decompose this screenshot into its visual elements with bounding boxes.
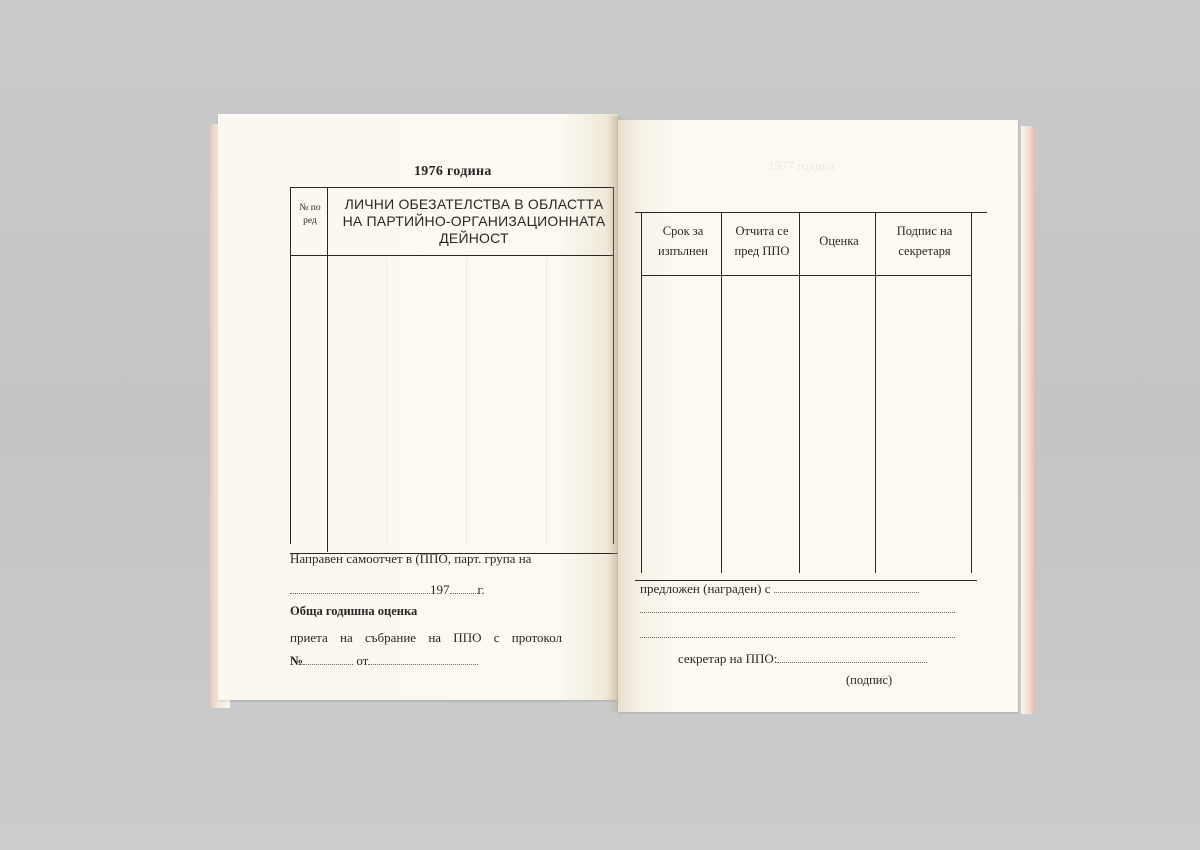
- left-page: 1976 година № по ред ЛИЧНИ ОБЕЗАТЕЛСТВА …: [218, 114, 618, 700]
- column-header-number: № по ред: [293, 202, 327, 228]
- right-page: 1977 година Срок за изпълнен Отчита се п…: [618, 120, 1018, 712]
- column-border: [721, 213, 722, 573]
- year-title: 1976 година: [414, 164, 492, 180]
- faint-rule: [546, 258, 547, 544]
- column-header-reported: Отчита се пред ППО: [723, 221, 801, 261]
- accepted-at-meeting-line: приета на събрание на ППО с протокол: [290, 630, 562, 646]
- protocol-number-blank: [303, 652, 353, 665]
- bleed-through-text: 1977 година: [768, 158, 835, 174]
- award-continuation-line: [640, 625, 955, 642]
- award-blank: [774, 580, 919, 593]
- year-line: 197г.: [290, 581, 485, 598]
- column-header-grade: Оценка: [801, 231, 877, 251]
- signature-caption: (подпис): [846, 673, 892, 688]
- open-booklet: 1976 година № по ред ЛИЧНИ ОБЕЗАТЕЛСТВА …: [210, 112, 1035, 720]
- column-divider: [327, 188, 328, 552]
- annual-grade-label: Обща годишна оценка: [290, 604, 417, 619]
- faint-rule: [386, 258, 387, 544]
- award-blank-3: [640, 625, 955, 638]
- protocol-date-blank: [368, 652, 478, 665]
- header-divider: [291, 255, 613, 256]
- award-continuation-line: [640, 600, 955, 617]
- date-blank: [290, 581, 430, 594]
- column-header-obligations: ЛИЧНИ ОБЕЗАТЕЛСТВА В ОБЛАСТТА НА ПАРТИЙН…: [329, 196, 619, 247]
- column-border: [799, 213, 800, 573]
- protocol-number-line: № от: [290, 652, 478, 669]
- execution-table: Срок за изпълнен Отчита се пред ППО Оцен…: [635, 212, 987, 573]
- faint-rule: [466, 258, 467, 544]
- obligations-table: № по ред ЛИЧНИ ОБЕЗАТЕЛСТВА В ОБЛАСТТА Н…: [290, 187, 614, 544]
- secretary-signature-blank: [777, 650, 927, 663]
- column-border: [971, 213, 972, 573]
- proposed-award-line: предложен (награден) с: [640, 580, 919, 597]
- award-blank-2: [640, 600, 955, 613]
- page-stack-right-edge: [1021, 126, 1035, 714]
- column-header-signature: Подпис на секретаря: [877, 221, 972, 261]
- header-divider: [641, 275, 971, 276]
- year-blank: [450, 581, 478, 594]
- self-report-line: Направен самоотчет в (ППО, парт. група н…: [290, 551, 531, 567]
- column-border: [875, 213, 876, 573]
- column-border: [641, 213, 642, 573]
- column-header-deadline: Срок за изпълнен: [643, 221, 723, 261]
- secretary-line: секретар на ППО:: [678, 650, 927, 667]
